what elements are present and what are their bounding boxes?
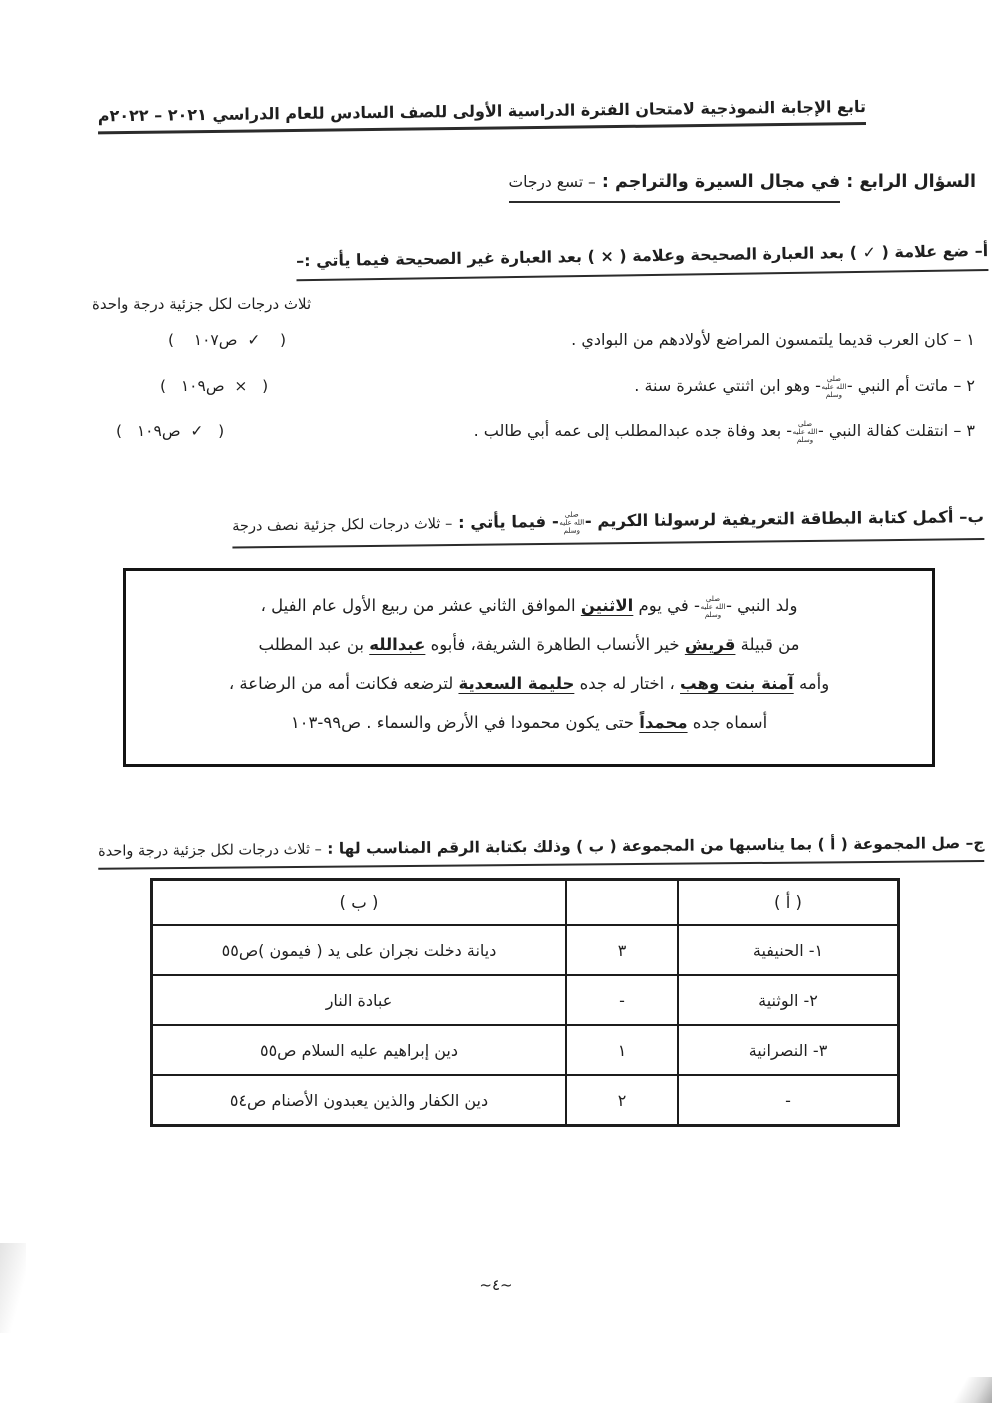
statement-row-2: ٢ – ماتت أم النبي -صلى الله عليه وسلم- و… [0, 375, 975, 399]
answer-number-2: - [566, 975, 678, 1025]
bio-l3-a: وأمه [794, 674, 829, 693]
bio-answer-day: الاثنين [581, 596, 633, 615]
bio-answer-tribe: قريش [685, 635, 736, 654]
bio-l3-c: لترضعه فكانت أمه من الرضاعة ، [229, 674, 459, 693]
bio-line-3: وأمه آمنة بنت وهب ، اختار له جده حليمة ا… [152, 664, 906, 703]
bio-answer-mother: آمنة بنت وهب [680, 674, 794, 693]
bio-answer-name: محمداً [639, 713, 687, 732]
bio-l4-a: أسماه جده [688, 713, 768, 732]
bio-line-4: أسماه جده محمداً حتى يكون محمودا في الأر… [152, 703, 906, 742]
group-a-item-3: ٣- النصرانية [678, 1025, 899, 1075]
question-title: السؤال الرابع : في مجال السيرة والتراجم … [509, 172, 976, 192]
pbuh-honorific: صلى الله عليه وسلم [792, 420, 818, 444]
table-row: ١- الحنيفية ٣ ديانة دخلت نجران على يد ( … [152, 925, 899, 975]
section-c-heading: ج– صل المجموعة ( أ ) بما يناسبها من المج… [98, 834, 985, 870]
section-c-heading-bold: ج– صل المجموعة ( أ ) بما يناسبها من المج… [321, 834, 984, 858]
matching-table: ( أ ) ( ب ) ١- الحنيفية ٣ ديانة دخلت نجر… [150, 878, 900, 1127]
bio-line-1: ولد النبي -صلى الله عليه وسلم- في يوم ال… [152, 586, 906, 625]
pbuh-honorific: صلى الله عليه وسلم [700, 595, 726, 619]
bio-l1-a: ولد النبي - [726, 596, 797, 615]
question-number-label: السؤال الرابع : [840, 172, 976, 192]
statement-3-answer: ( ✓ ص١٠٩ ) [116, 422, 224, 440]
section-b-heading-pre: ب– أكمل كتابة البطاقة التعريفية لرسولنا … [585, 507, 985, 531]
column-b-header: ( ب ) [152, 880, 567, 926]
scan-edge-shade [0, 1243, 26, 1333]
statement-3-suffix: - بعد وفاة جده عبدالمطلب إلى عمه أبي طال… [474, 421, 792, 440]
statement-row-3: ٣ – انتقلت كفالة النبي -صلى الله عليه وس… [0, 420, 975, 444]
statement-3-text: ٣ – انتقلت كفالة النبي -صلى الله عليه وس… [474, 420, 975, 444]
answer-number-1: ٣ [566, 925, 678, 975]
statement-row-1: ١ – كان العرب قديما يلتمسون المراضع لأول… [0, 330, 975, 349]
group-a-item-2: ٢- الوثنية [678, 975, 899, 1025]
bio-answer-wetnurse: حليمة السعدية [458, 674, 574, 693]
statement-2-prefix: ٢ – ماتت أم النبي - [847, 376, 975, 395]
section-c-marks-note: – ثلاث درجات لكل جزئية درجة واحدة [98, 842, 322, 860]
bio-l2-a: من قبيلة [735, 635, 799, 654]
bio-l1-c: الموافق الثاني عشر من ربيع الأول عام الف… [261, 596, 581, 615]
bio-line-2: من قبيلة قريش خير الأنساب الطاهرة الشريف… [152, 625, 906, 664]
question-title-underlined: في مجال السيرة والتراجم : – تسع درجات [509, 172, 841, 203]
matching-table-header-row: ( أ ) ( ب ) [152, 880, 899, 926]
table-row: ٢- الوثنية - عبادة النار [152, 975, 899, 1025]
answer-number-column-header [566, 880, 678, 926]
group-b-item-1: ديانة دخلت نجران على يد ( فيمون )ص٥٥ [152, 925, 567, 975]
group-b-item-2: عبادة النار [152, 975, 567, 1025]
answer-number-4: ٢ [566, 1075, 678, 1126]
pbuh-honorific: صلى الله عليه وسلم [559, 511, 585, 535]
answer-number-3: ١ [566, 1025, 678, 1075]
statement-1-text: ١ – كان العرب قديما يلتمسون المراضع لأول… [571, 330, 975, 349]
statement-3-prefix: ٣ – انتقلت كفالة النبي - [818, 421, 975, 440]
statement-2-text: ٢ – ماتت أم النبي -صلى الله عليه وسلم- و… [634, 375, 975, 399]
statement-2-suffix: - وهو ابن اثنتي عشرة سنة . [634, 376, 821, 395]
page-header-title: تابع الإجابة النموذجية لامتحان الفترة ال… [98, 97, 866, 134]
section-b-heading: ب– أكمل كتابة البطاقة التعريفية لرسولنا … [232, 506, 984, 549]
table-row: - ٢ دين الكفار والذين يعبدون الأصنام ص٥٤ [152, 1075, 899, 1126]
group-b-item-3: دين إبراهيم عليه السلام ص٥٥ [152, 1025, 567, 1075]
table-row: ٣- النصرانية ١ دين إبراهيم عليه السلام ص… [152, 1025, 899, 1075]
column-a-header: ( أ ) [678, 880, 899, 926]
scanned-exam-answer-page: تابع الإجابة النموذجية لامتحان الفترة ال… [0, 0, 992, 1403]
bio-l2-c: بن عبد المطلب [259, 635, 370, 654]
question-domain-label: في مجال السيرة والتراجم : [596, 172, 840, 192]
bio-answer-father: عبدالله [369, 635, 425, 654]
section-b-heading-post: - فيما يأتي : [452, 512, 559, 532]
group-a-item-1: ١- الحنيفية [678, 925, 899, 975]
question-total-marks: – تسع درجات [509, 173, 596, 191]
pbuh-honorific: صلى الله عليه وسلم [821, 375, 847, 399]
group-a-item-4: - [678, 1075, 899, 1126]
bio-l2-b: خير الأنساب الطاهرة الشريفة، فأبوه [425, 635, 684, 654]
page-number: ~٤~ [0, 1276, 992, 1294]
section-a-marks-note: ثلاث درجات لكل جزئية درجة واحدة [92, 295, 311, 313]
biography-card: ولد النبي -صلى الله عليه وسلم- في يوم ال… [123, 568, 935, 767]
bio-l1-b: - في يوم [633, 596, 700, 615]
section-b-marks-note: – ثلاث درجات لكل جزئية نصف درجة [232, 516, 452, 534]
bio-l3-b: ، اختار له جده [574, 674, 680, 693]
section-a-heading: أ– ضع علامة ( ✓ ) بعد العبارة الصحيحة وع… [296, 241, 988, 281]
statement-1-answer: ( ✓ ص١٠٧ ) [168, 331, 286, 349]
statement-2-answer: ( × ص١٠٩ ) [160, 377, 268, 395]
bio-l4-b: حتى يكون محمودا في الأرض والسماء . ص٩٩-١… [291, 713, 639, 732]
group-b-item-4: دين الكفار والذين يعبدون الأصنام ص٥٤ [152, 1075, 567, 1126]
scan-corner-shade [946, 1377, 992, 1403]
